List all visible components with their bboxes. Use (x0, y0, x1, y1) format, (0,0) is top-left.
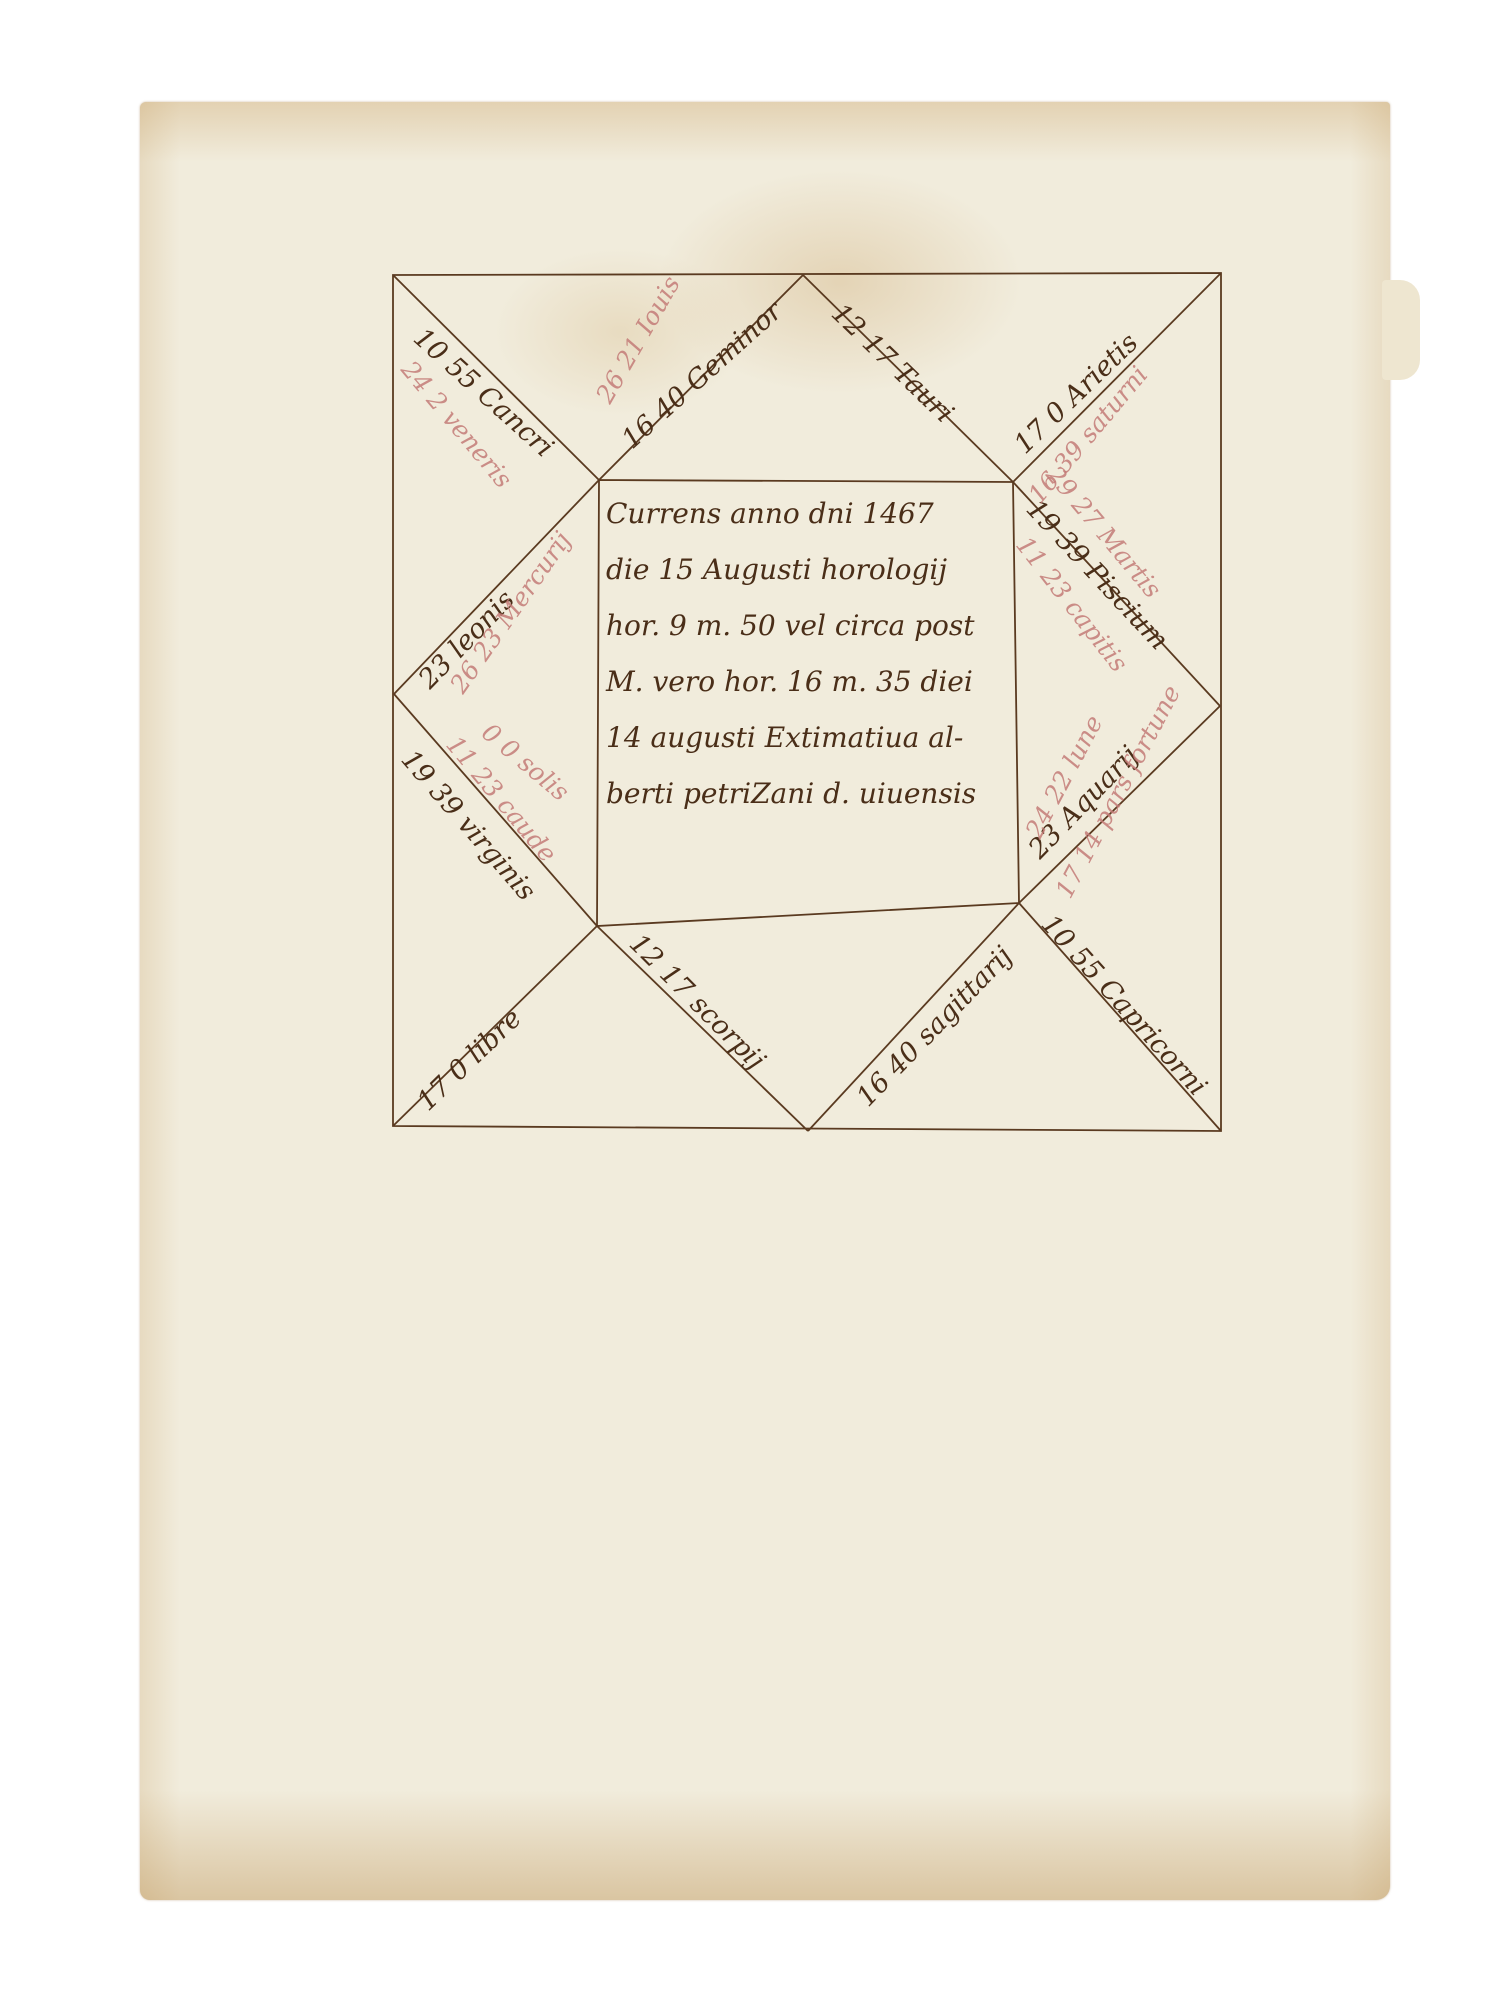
diamond-bottom-right (808, 903, 1019, 1131)
inscription-line: M. vero hor. 16 m. 35 diei (606, 654, 1011, 710)
horoscope-chart: 10 55 Cancri 16 40 Geminor 12 17 Tauri 1… (0, 0, 1507, 2000)
inscription-line: Currens anno dni 1467 (606, 486, 1011, 542)
planet-position: 26 23 Mercurij (444, 526, 577, 699)
house-cusp: 10 55 Capricorni (1035, 909, 1213, 1102)
house-cusp: 17 0 libre (411, 1003, 528, 1117)
house-cusp: 12 17 Tauri (825, 298, 959, 429)
inscription-line: die 15 Augusti horologij (606, 542, 1011, 598)
inscription-line: 14 augusti Extimatiua al- (606, 710, 1011, 766)
inscription-line: hor. 9 m. 50 vel circa post (606, 598, 1011, 654)
inscription-line: berti petriZani d. uiuensis (606, 766, 1011, 822)
house-cusp: 16 40 sagittarij (851, 941, 1019, 1113)
house-cusp: 12 17 scorpij (623, 928, 771, 1076)
center-inscription: Currens anno dni 1467 die 15 Augusti hor… (606, 486, 1011, 822)
